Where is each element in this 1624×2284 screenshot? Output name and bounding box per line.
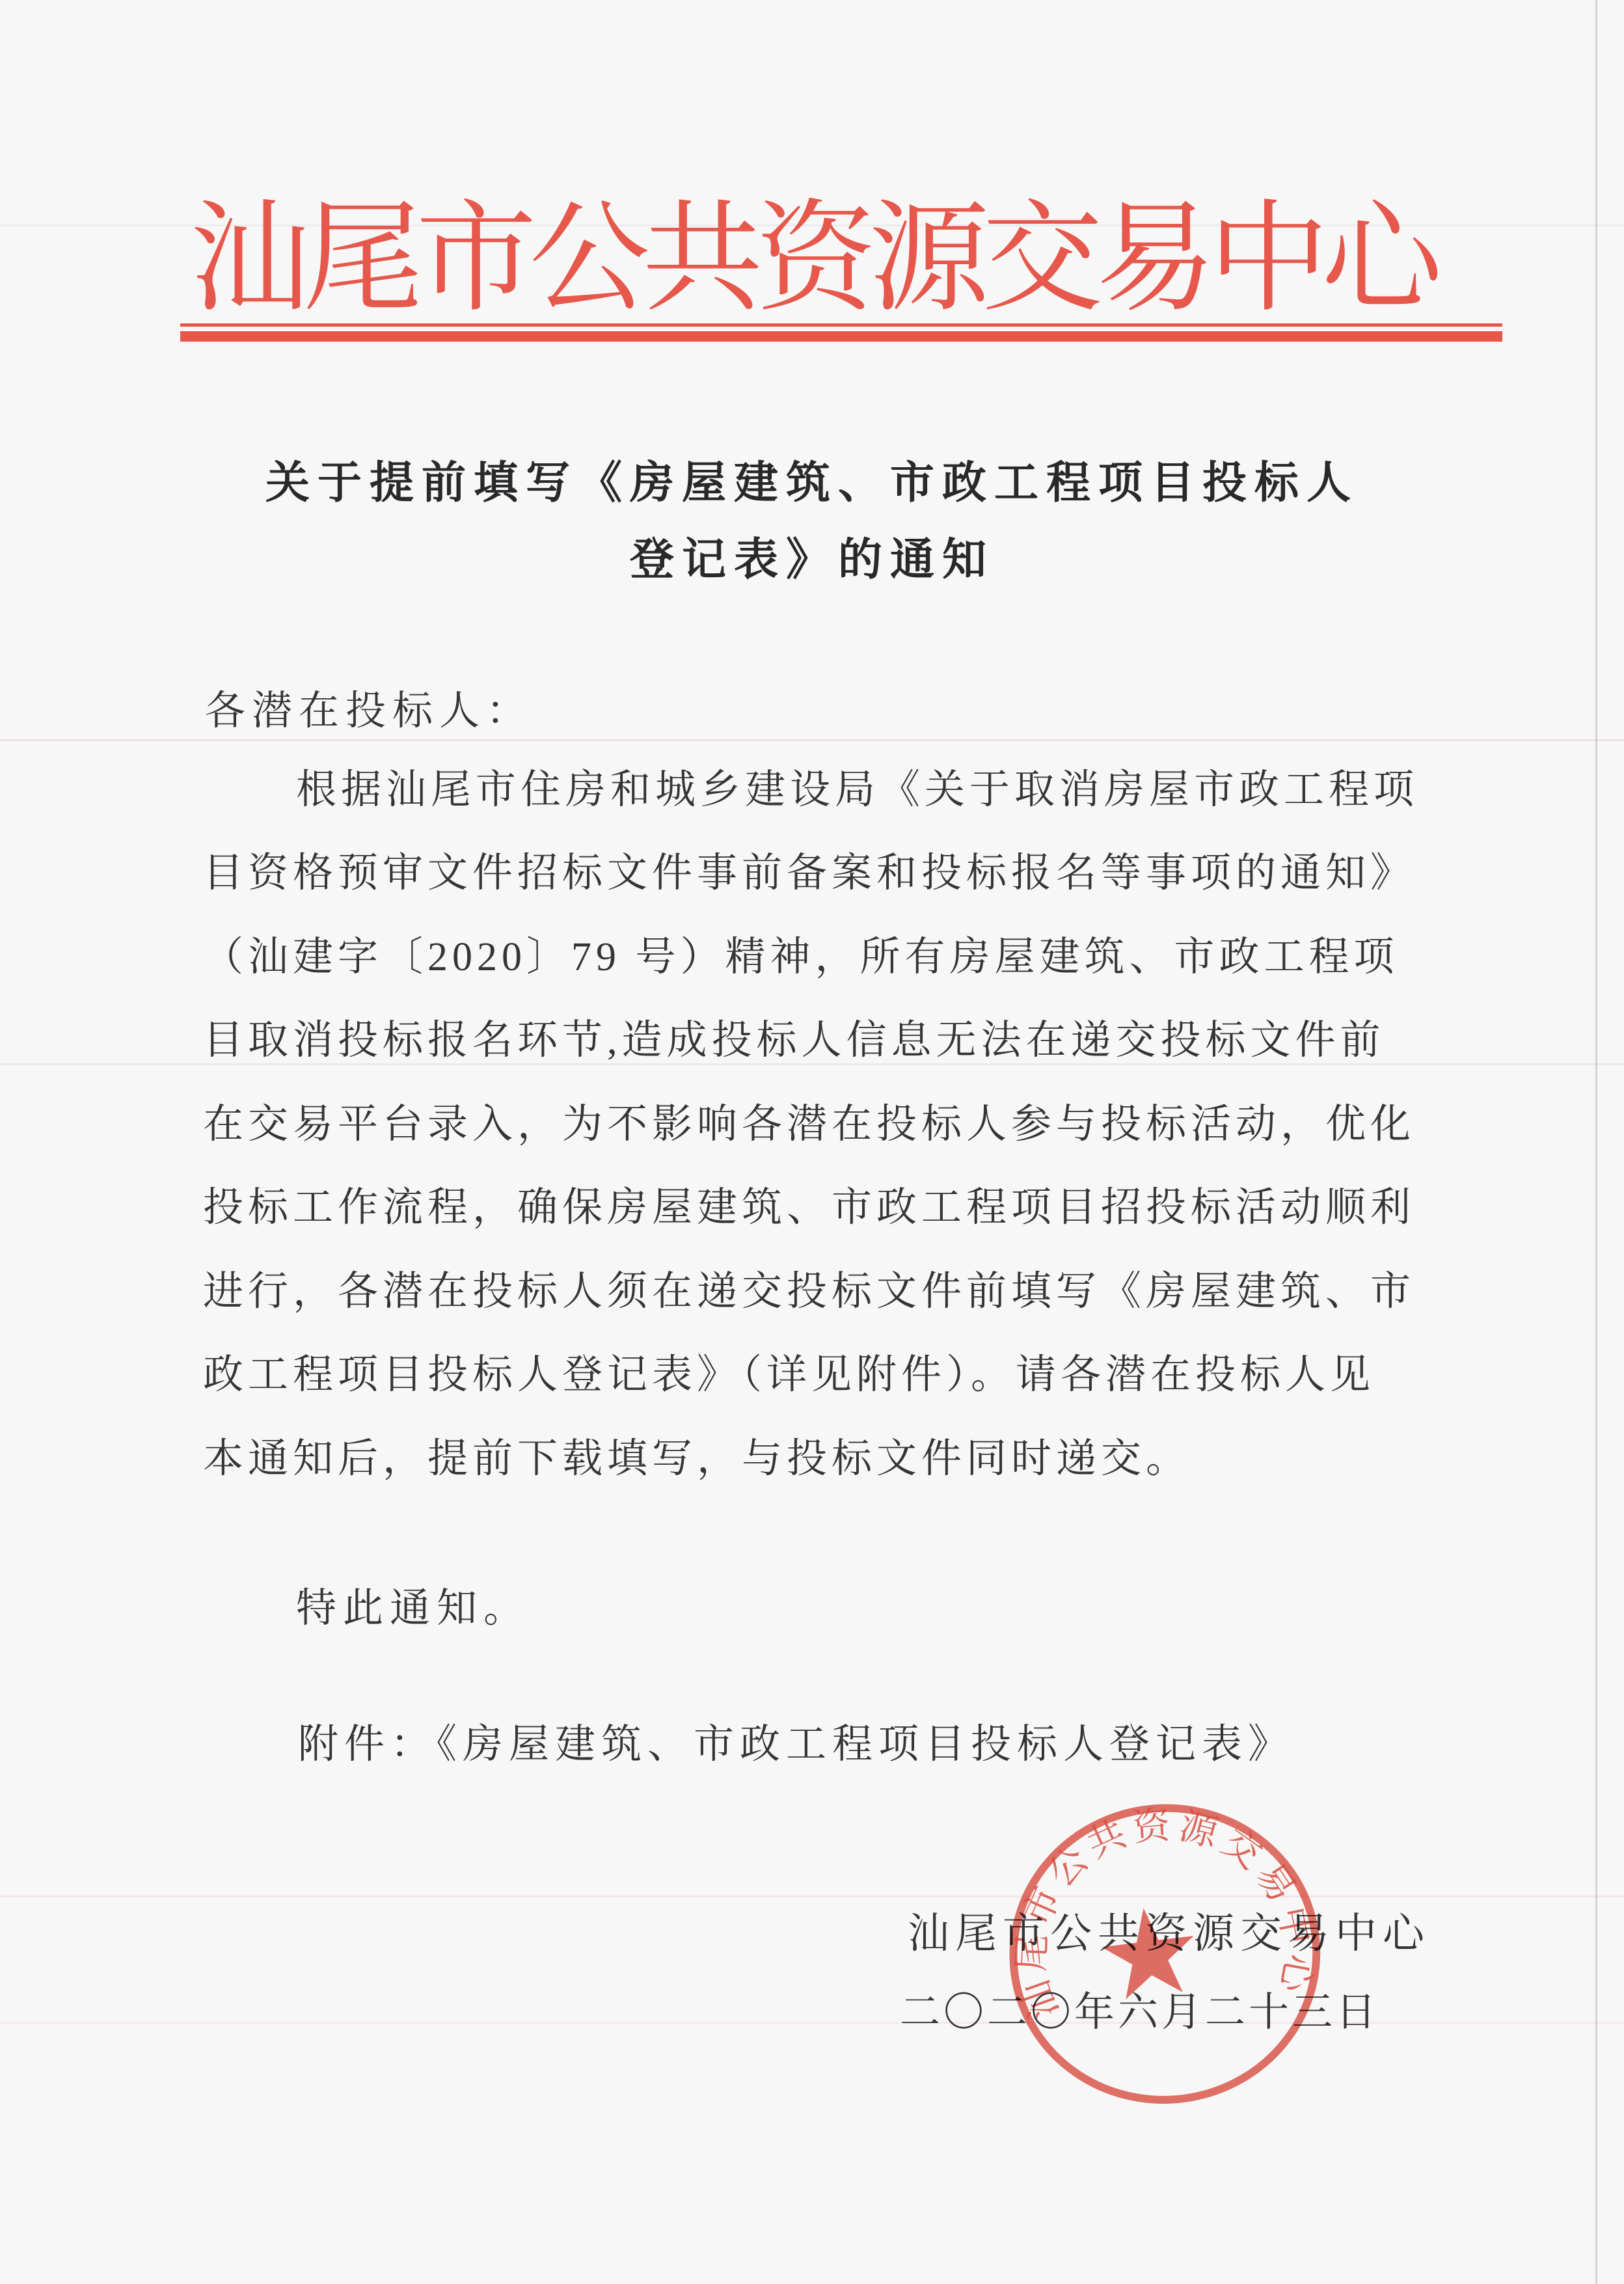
body-line: 目资格预审文件招标文件事前备案和投标报名等事项的通知》 [203, 840, 1415, 898]
body-line: 本通知后，提前下载填写，与投标文件同时递交。 [203, 1426, 1191, 1484]
body-line: 进行，各潜在投标人须在递交投标文件前填写《房屋建筑、市 [203, 1258, 1415, 1316]
body-line: （汕建字〔2020〕79 号）精神，所有房屋建筑、市政工程项 [203, 924, 1399, 982]
salutation: 各潜在投标人： [205, 678, 533, 736]
notice-title-line2: 登记表》的通知 [0, 524, 1624, 588]
scanned-notice-page: 汕尾市公共资源交易中心 关于提前填写《房屋建筑、市政工程项目投标人 登记表》的通… [0, 0, 1624, 2284]
closing-line: 特此通知。 [296, 1575, 530, 1633]
signature-date: 二〇二〇年六月二十三日 [900, 1979, 1379, 2037]
scan-artifact-line [0, 739, 1624, 741]
letterhead-rule-thin [180, 323, 1502, 327]
letterhead-org-title: 汕尾市公共资源交易中心 [0, 161, 1624, 335]
body-line: 在交易平台录入，为不影响各潜在投标人参与投标活动，优化 [203, 1091, 1415, 1149]
scan-artifact-line [0, 1896, 1624, 1897]
scan-artifact-line [0, 2022, 1624, 2024]
letterhead-rule-thick [180, 331, 1502, 342]
attachment-line: 附件：《房屋建筑、市政工程项目投标人登记表》 [298, 1711, 1294, 1769]
notice-title-line1: 关于提前填写《房屋建筑、市政工程项目投标人 [0, 448, 1624, 511]
body-line: 目取消投标报名环节,造成投标人信息无法在递交投标文件前 [203, 1007, 1385, 1065]
page-edge-scan-line [1595, 0, 1597, 2284]
body-line: 政工程项目投标人登记表》（详见附件）。请各潜在投标人见 [203, 1342, 1375, 1400]
signature-org: 汕尾市公共资源交易中心 [908, 1900, 1430, 1960]
body-line: 投标工作流程，确保房屋建筑、市政工程项目招投标活动顺利 [203, 1175, 1415, 1232]
body-line: 根据汕尾市住房和城乡建设局《关于取消房屋市政工程项 [296, 757, 1418, 815]
